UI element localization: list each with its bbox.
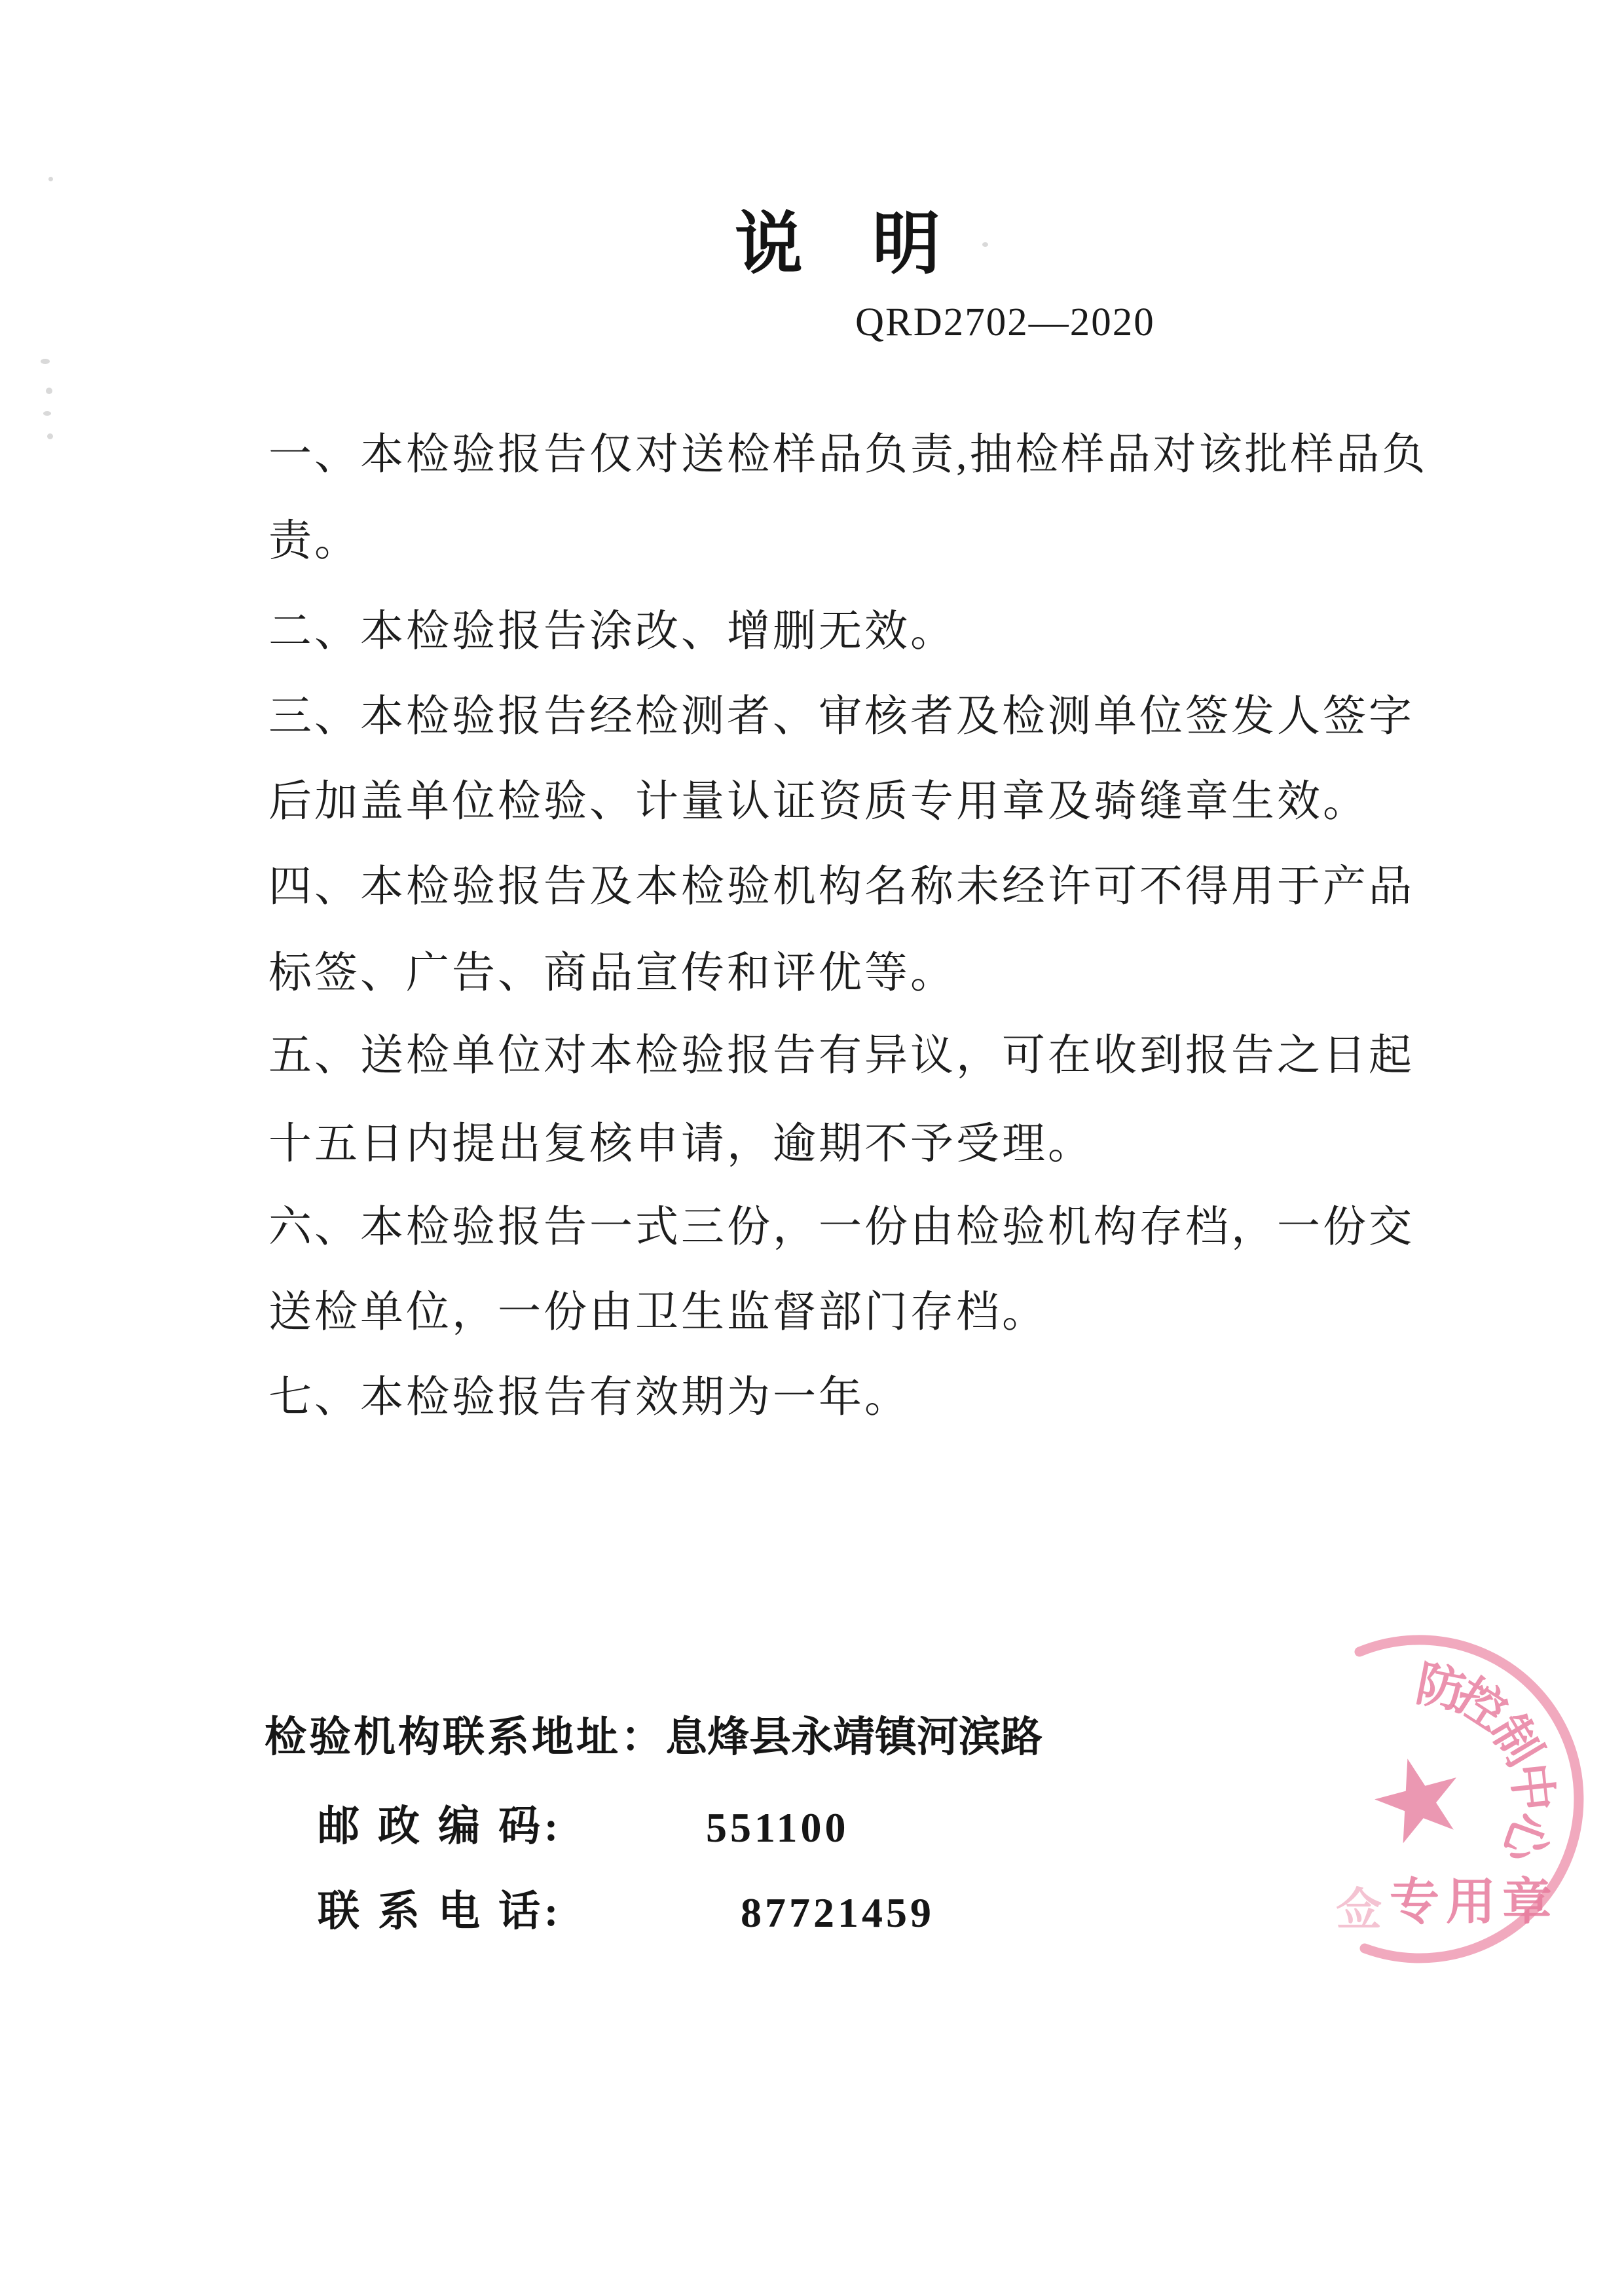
stamp-ring-arc <box>1359 1640 1579 1958</box>
note-line: 送检单位，一份由卫生监督部门存档。 <box>268 1290 1048 1336</box>
page-title: 说 明 <box>735 211 943 279</box>
phone-label: 联 系 电 话: <box>318 1888 562 1935</box>
note-line: 标签、广告、商品宣传和评优等。 <box>268 951 956 996</box>
stamp-arc-char: 心 <box>1487 1800 1562 1875</box>
report-notes-page: 说 明 QRD2702—2020 一、本检验报告仅对送检样品负责,抽检样品对该批… <box>0 0 1624 2296</box>
note-line: 二、本检验报告涂改、增删无效。 <box>268 609 956 655</box>
note-line: 后加盖单位检验、计量认证资质专用章及骑缝章生效。 <box>268 779 1369 825</box>
star-icon <box>1375 1758 1456 1843</box>
stamp-arc-char: 防 <box>1406 1654 1475 1723</box>
phone-value: 87721459 <box>741 1892 934 1934</box>
note-line: 七、本检验报告有效期为一年。 <box>268 1375 910 1421</box>
contact-address-row: 检验机构联系地址：息烽县永靖镇河滨路 <box>265 1717 1043 1758</box>
stamp-arc-char: 控 <box>1440 1664 1521 1745</box>
note-line: 十五日内提出复核申请，逾期不予受理。 <box>268 1121 1094 1167</box>
address-label: 检验机构联系地址： <box>265 1714 665 1760</box>
note-line: 三、本检验报告经检测者、审核者及检测单位签发人签字 <box>268 694 1414 740</box>
address-value: 息烽县永靖镇河滨路 <box>665 1714 1043 1760</box>
stamp-bottom-text: 专用章 <box>1390 1878 1559 1927</box>
contact-phone-row: 联 系 电 话: 87721459 <box>318 1891 562 1933</box>
contact-postal-row: 邮 政 编 码: 551100 <box>318 1806 562 1848</box>
stamp-arc-char: 中 <box>1499 1755 1564 1820</box>
stamp-bottom-fragment: 佥 <box>1336 1888 1382 1934</box>
note-line: 一、本检验报告仅对送检样品负责,抽检样品对该批样品负 <box>268 432 1428 478</box>
note-line: 五、送检单位对本检验报告有异议，可在收到报告之日起 <box>268 1033 1414 1079</box>
postal-value: 551100 <box>706 1807 849 1849</box>
stamp-arc-char: 制 <box>1475 1700 1555 1781</box>
note-line: 四、本检验报告及本检验机构名称未经许可不得用于产品 <box>268 864 1414 910</box>
note-line: 责。 <box>268 519 360 564</box>
doc-number: QRD2702—2020 <box>855 302 1155 342</box>
note-line: 六、本检验报告一式三份，一份由检验机构存档，一份交 <box>268 1205 1414 1250</box>
postal-label: 邮 政 编 码: <box>318 1803 562 1850</box>
